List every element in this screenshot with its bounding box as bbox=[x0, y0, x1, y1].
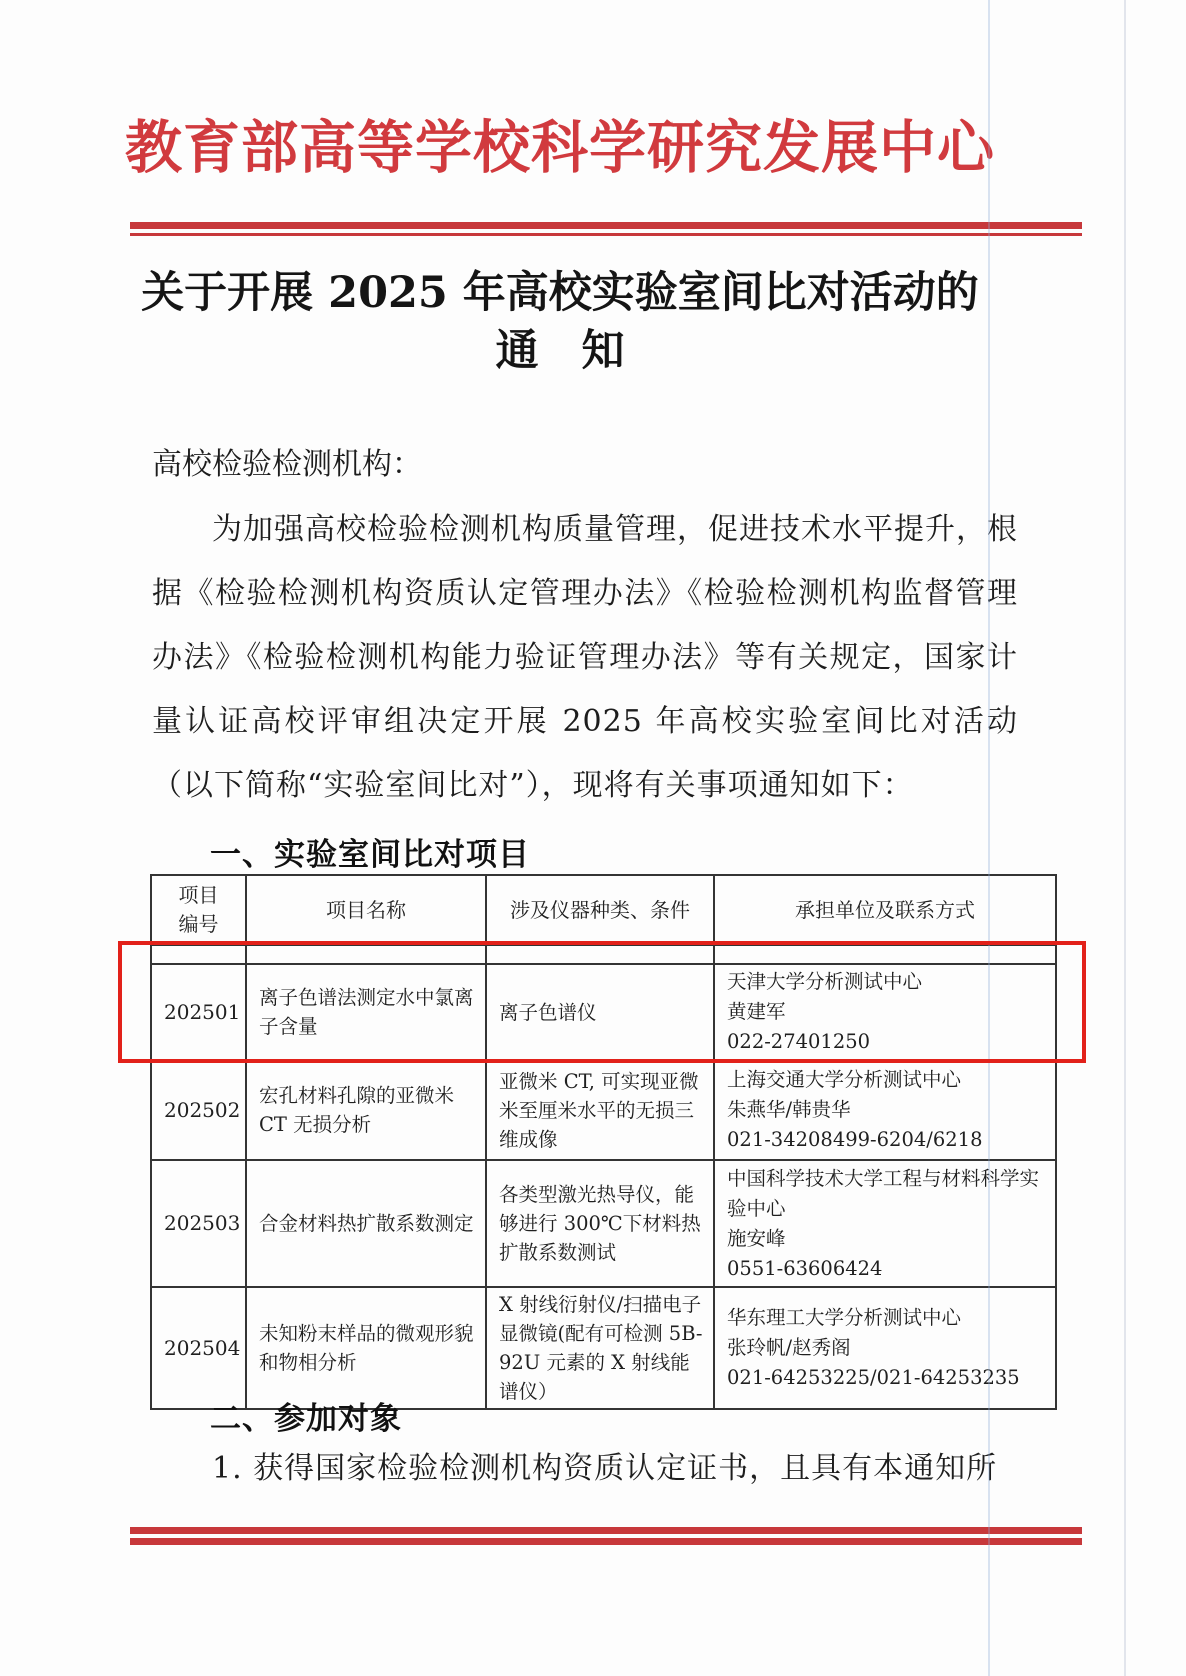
table-header-row: 项目 编号 项目名称 涉及仪器种类、条件 承担单位及联系方式 bbox=[151, 875, 1056, 945]
cell-project-name: 合金材料热扩散系数测定 bbox=[246, 1160, 486, 1287]
header-instruments: 涉及仪器种类、条件 bbox=[486, 875, 714, 945]
document-title-line2: 通 知 bbox=[0, 322, 1120, 380]
undertaker-unit: 上海交通大学分析测试中心 bbox=[727, 1065, 1046, 1095]
document-title: 关于开展 2025 年高校实验室间比对活动的 通 知 bbox=[0, 264, 1120, 380]
undertaker-phone: 0551-63606424 bbox=[727, 1254, 1046, 1284]
cell-undertaker: 华东理工大学分析测试中心 张玲帆/赵秀阁 021-64253225/021-64… bbox=[714, 1287, 1056, 1409]
rule-bar-bottom bbox=[130, 1538, 1082, 1545]
cell-undertaker: 中国科学技术大学工程与材料科学实验中心 施安峰 0551-63606424 bbox=[714, 1160, 1056, 1287]
cell-instruments: X 射线衍射仪/扫描电子显微镜(配有可检测 5B-92U 元素的 X 射线能谱仪… bbox=[486, 1287, 714, 1409]
scan-artifact-line bbox=[1124, 0, 1126, 1676]
header-undertaker: 承担单位及联系方式 bbox=[714, 875, 1056, 945]
table-row-202502: 202502 宏孔材料孔隙的亚微米CT 无损分析 亚微米 CT, 可实现亚微米至… bbox=[151, 1060, 1056, 1160]
cell-project-name: 宏孔材料孔隙的亚微米CT 无损分析 bbox=[246, 1060, 486, 1160]
section-heading-1: 一、实验室间比对项目 bbox=[210, 829, 530, 874]
rule-bar-top bbox=[130, 1527, 1082, 1534]
rule-bar-thick bbox=[130, 222, 1082, 229]
undertaker-unit: 华东理工大学分析测试中心 bbox=[727, 1303, 1046, 1333]
section-heading-2: 二、参加对象 bbox=[210, 1393, 402, 1438]
document-title-line1: 关于开展 2025 年高校实验室间比对活动的 bbox=[0, 264, 1120, 322]
table-row-202503: 202503 合金材料热扩散系数测定 各类型激光热导仪，能够进行 300℃下材料… bbox=[151, 1160, 1056, 1287]
cell-instruments: 各类型激光热导仪，能够进行 300℃下材料热扩散系数测试 bbox=[486, 1160, 714, 1287]
undertaker-contact: 朱燕华/韩贵华 bbox=[727, 1095, 1046, 1125]
table-row-202504: 202504 未知粉末样品的微观形貌和物相分析 X 射线衍射仪/扫描电子显微镜(… bbox=[151, 1287, 1056, 1409]
undertaker-phone: 021-64253225/021-64253235 bbox=[727, 1363, 1046, 1393]
salutation: 高校检验检测机构： bbox=[152, 437, 422, 493]
cell-project-id: 202503 bbox=[151, 1160, 246, 1287]
header-project-id: 项目 编号 bbox=[151, 875, 246, 945]
undertaker-unit: 中国科学技术大学工程与材料科学实验中心 bbox=[727, 1164, 1046, 1224]
section2-item-1: 1. 获得国家检验检测机构资质认定证书，且具有本通知所 bbox=[152, 1450, 1052, 1488]
document-page: 教育部高等学校科学研究发展中心 关于开展 2025 年高校实验室间比对活动的 通… bbox=[0, 0, 1186, 1676]
letterhead-double-rule bbox=[130, 222, 1082, 236]
undertaker-phone: 021-34208499-6204/6218 bbox=[727, 1125, 1046, 1155]
letterhead-title: 教育部高等学校科学研究发展中心 bbox=[0, 100, 1120, 196]
cell-instruments: 亚微米 CT, 可实现亚微米至厘米水平的无损三维成像 bbox=[486, 1060, 714, 1160]
cell-project-id: 202502 bbox=[151, 1060, 246, 1160]
cell-project-id: 202504 bbox=[151, 1287, 246, 1409]
rule-bar-thin bbox=[130, 233, 1082, 236]
cell-undertaker: 上海交通大学分析测试中心 朱燕华/韩贵华 021-34208499-6204/6… bbox=[714, 1060, 1056, 1160]
intro-paragraph: 为加强高校检验检测机构质量管理，促进技术水平提升，根据《检验检测机构资质认定管理… bbox=[152, 498, 1018, 818]
undertaker-contact: 施安峰 bbox=[727, 1224, 1046, 1254]
undertaker-contact: 张玲帆/赵秀阁 bbox=[727, 1333, 1046, 1363]
cell-project-name: 未知粉末样品的微观形貌和物相分析 bbox=[246, 1287, 486, 1409]
red-highlight-annotation-box bbox=[118, 941, 1086, 1063]
scan-artifact-line bbox=[988, 0, 990, 1676]
header-project-name: 项目名称 bbox=[246, 875, 486, 945]
footer-double-rule bbox=[130, 1527, 1082, 1545]
